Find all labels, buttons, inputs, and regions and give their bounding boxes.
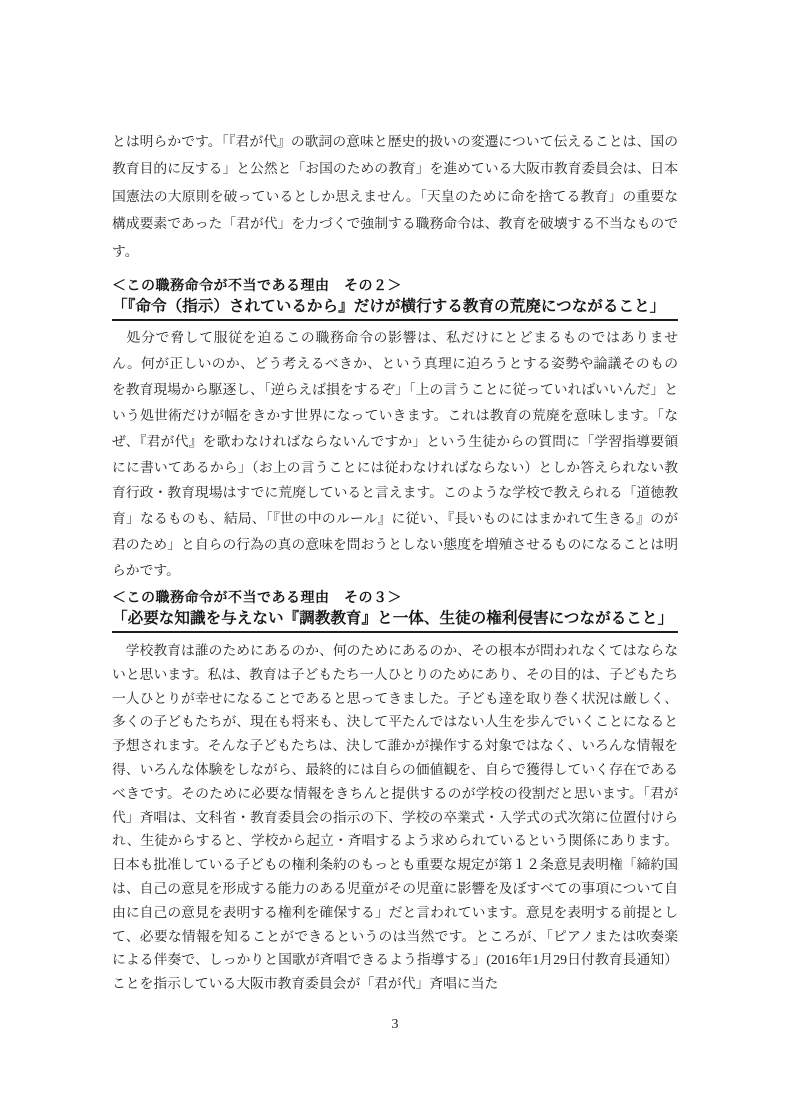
section-heading-reason-2: ＜この職務命令が不当である理由 その２＞ xyxy=(112,275,678,295)
section-subheading-reason-2: 「『命令（指示）されているから』だけが横行する教育の荒廃につながること」 xyxy=(112,297,678,321)
continued-paragraph: とは明らかです。「『君が代』の歌詞の意味と歴史的扱いの変遷について伝えることは、… xyxy=(112,128,678,265)
section-heading-reason-3: ＜この職務命令が不当である理由 その３＞ xyxy=(112,587,678,607)
page-number: 3 xyxy=(0,1016,790,1034)
document-page: とは明らかです。「『君が代』の歌詞の意味と歴史的扱いの変遷について伝えることは、… xyxy=(0,0,790,1118)
section-body-reason-2: 処分で脅して服従を迫るこの職務命令の影響は、私だけにとどまるものではありません。… xyxy=(112,325,678,584)
section-subheading-reason-3: 「必要な知識を与えない『調教教育』と一体、生徒の権利侵害につながること」 xyxy=(112,609,678,633)
section-reason-2: ＜この職務命令が不当である理由 その２＞ 「『命令（指示）されているから』だけが… xyxy=(112,275,678,584)
section-body-reason-3: 学校教育は誰のためにあるのか、何のためにあるのか、その根本が問われなくてはならな… xyxy=(112,639,678,996)
text-column: とは明らかです。「『君が代』の歌詞の意味と歴史的扱いの変遷について伝えることは、… xyxy=(112,128,678,996)
section-reason-3: ＜この職務命令が不当である理由 その３＞ 「必要な知識を与えない『調教教育』と一… xyxy=(112,587,678,996)
